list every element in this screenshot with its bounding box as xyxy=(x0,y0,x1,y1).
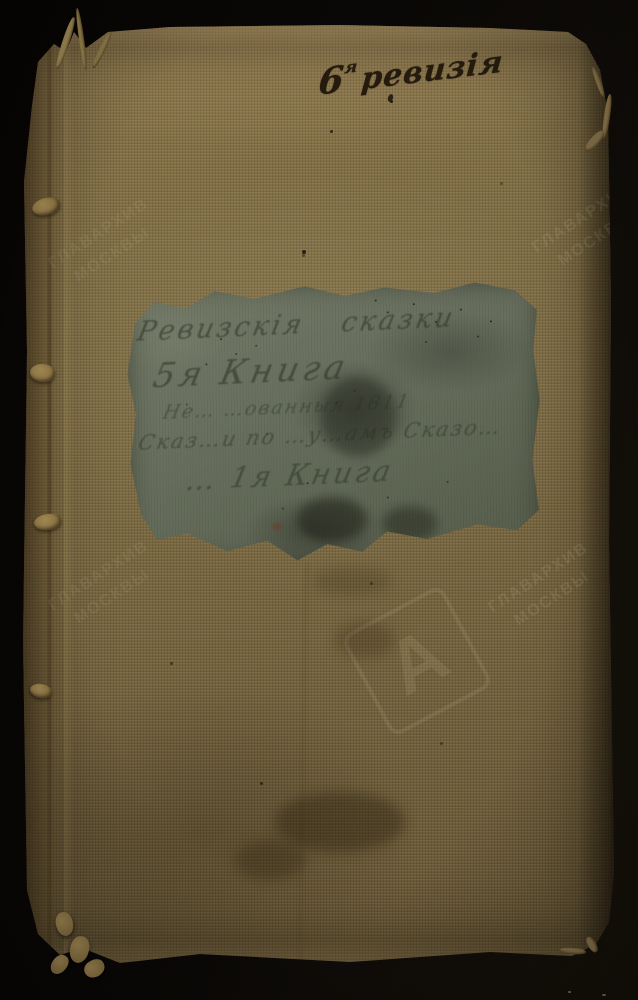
dust-speck xyxy=(568,991,571,993)
label-speckles xyxy=(125,284,127,286)
label-handwriting: Ревизскія сказки 5я Книга Не… …ованныя 1… xyxy=(120,273,548,574)
cover-bottom-fold-highlight xyxy=(20,939,614,967)
archive-logo-letter: А xyxy=(372,610,461,713)
spine-fold-line xyxy=(48,22,51,967)
book-cover: ГЛАВАРХИВ МОСКВЫ ГЛАВАРХИВ МОСКВЫ ГЛАВАР… xyxy=(20,22,614,967)
stain xyxy=(312,567,392,595)
stain xyxy=(235,840,305,880)
ink-blot xyxy=(387,93,394,102)
photo-background: ГЛАВАРХИВ МОСКВЫ ГЛАВАРХИВ МОСКВЫ ГЛАВАР… xyxy=(0,0,638,1000)
cover-right-edge-shadow xyxy=(578,22,614,967)
cloth-crease xyxy=(299,562,308,962)
frayed-corner-bundle xyxy=(47,952,71,978)
revision-number: 6 xyxy=(317,58,346,104)
revision-superscript: я xyxy=(344,56,358,77)
label-line: Ревизскія сказки xyxy=(135,302,459,348)
spine-shading xyxy=(20,22,68,967)
revision-word: ревизія xyxy=(360,44,505,97)
label-line: 5я Книга xyxy=(150,347,353,396)
cloth-speckles xyxy=(20,22,23,25)
ink-blot xyxy=(302,250,306,254)
spine-highlight xyxy=(64,22,74,967)
revision-inscription: 6я ревизія xyxy=(317,38,506,103)
dust-speck xyxy=(602,994,606,996)
pasted-paper-label: Ревизскія сказки 5я Книга Не… …ованныя 1… xyxy=(125,280,544,566)
archive-logo-watermark: А xyxy=(340,584,494,738)
stain xyxy=(275,792,405,852)
stain xyxy=(335,622,395,658)
label-line: … 1я Книга xyxy=(183,453,397,497)
frayed-corner-bundle xyxy=(81,956,107,980)
label-line: Не… …ованныя 1811 xyxy=(161,390,412,423)
